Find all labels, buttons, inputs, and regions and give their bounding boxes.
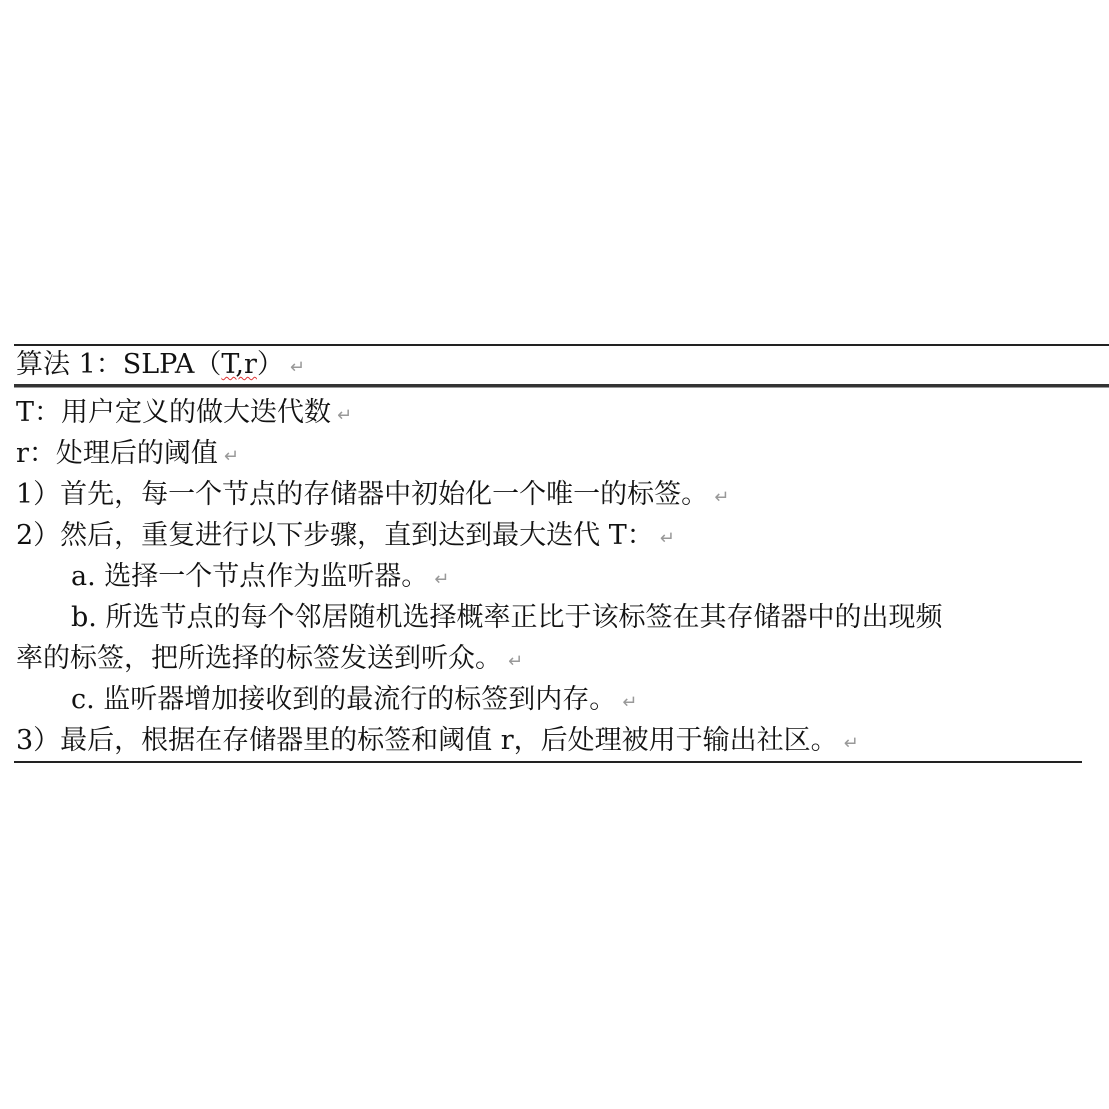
title-prefix: 算法 1：SLPA（ <box>16 349 221 380</box>
algorithm-body: T：用户定义的做大迭代数↵ r：处理后的阈值↵ 1）首先，每一个节点的存储器中初… <box>14 388 1109 761</box>
line-text: b. 所选节点的每个邻居随机选择概率正比于该标签在其存储器中的出现频 <box>71 602 942 633</box>
line-text: r：处理后的阈值 <box>16 438 218 469</box>
paragraph-mark-icon: ↵ <box>844 733 859 754</box>
line-param-T: T：用户定义的做大迭代数↵ <box>14 392 1109 433</box>
line-text: 2）然后，重复进行以下步骤，直到达到最大迭代 T： <box>16 520 654 551</box>
line-step-3: 3）最后，根据在存储器里的标签和阈值 r，后处理被用于输出社区。↵ <box>14 720 1109 761</box>
line-text: c. 监听器增加接收到的最流行的标签到内存。 <box>71 684 616 715</box>
title-suffix: ） <box>257 349 284 380</box>
line-text: T：用户定义的做大迭代数 <box>16 397 331 428</box>
paragraph-mark-icon: ↵ <box>337 405 352 426</box>
line-step-2: 2）然后，重复进行以下步骤，直到达到最大迭代 T：↵ <box>14 515 1109 556</box>
line-substep-b-cont: 率的标签，把所选择的标签发送到听众。↵ <box>14 638 1109 679</box>
line-text: a. 选择一个节点作为监听器。 <box>71 561 428 592</box>
line-substep-b: b. 所选节点的每个邻居随机选择概率正比于该标签在其存储器中的出现频 <box>14 597 1109 638</box>
line-text: 1）首先，每一个节点的存储器中初始化一个唯一的标签。 <box>16 479 708 510</box>
line-text: 率的标签，把所选择的标签发送到听众。 <box>16 643 502 674</box>
line-text: 3）最后，根据在存储器里的标签和阈值 r，后处理被用于输出社区。 <box>16 725 838 756</box>
line-step-1: 1）首先，每一个节点的存储器中初始化一个唯一的标签。↵ <box>14 474 1109 515</box>
line-param-r: r：处理后的阈值↵ <box>14 433 1109 474</box>
paragraph-mark-icon: ↵ <box>508 651 523 672</box>
paragraph-mark-icon: ↵ <box>434 569 449 590</box>
paragraph-mark-icon: ↵ <box>714 487 729 508</box>
paragraph-mark-icon: ↵ <box>660 528 675 549</box>
bottom-rule <box>14 761 1082 763</box>
paragraph-mark-icon: ↵ <box>290 357 305 378</box>
line-substep-c: c. 监听器增加接收到的最流行的标签到内存。↵ <box>14 679 1109 720</box>
title-params: T,r <box>221 349 257 380</box>
paragraph-mark-icon: ↵ <box>622 692 637 713</box>
paragraph-mark-icon: ↵ <box>224 446 239 467</box>
algorithm-title: 算法 1：SLPA（T,r）↵ <box>14 346 1109 384</box>
line-substep-a: a. 选择一个节点作为监听器。↵ <box>14 556 1109 597</box>
algorithm-box: 算法 1：SLPA（T,r）↵ T：用户定义的做大迭代数↵ r：处理后的阈值↵ … <box>14 344 1109 763</box>
